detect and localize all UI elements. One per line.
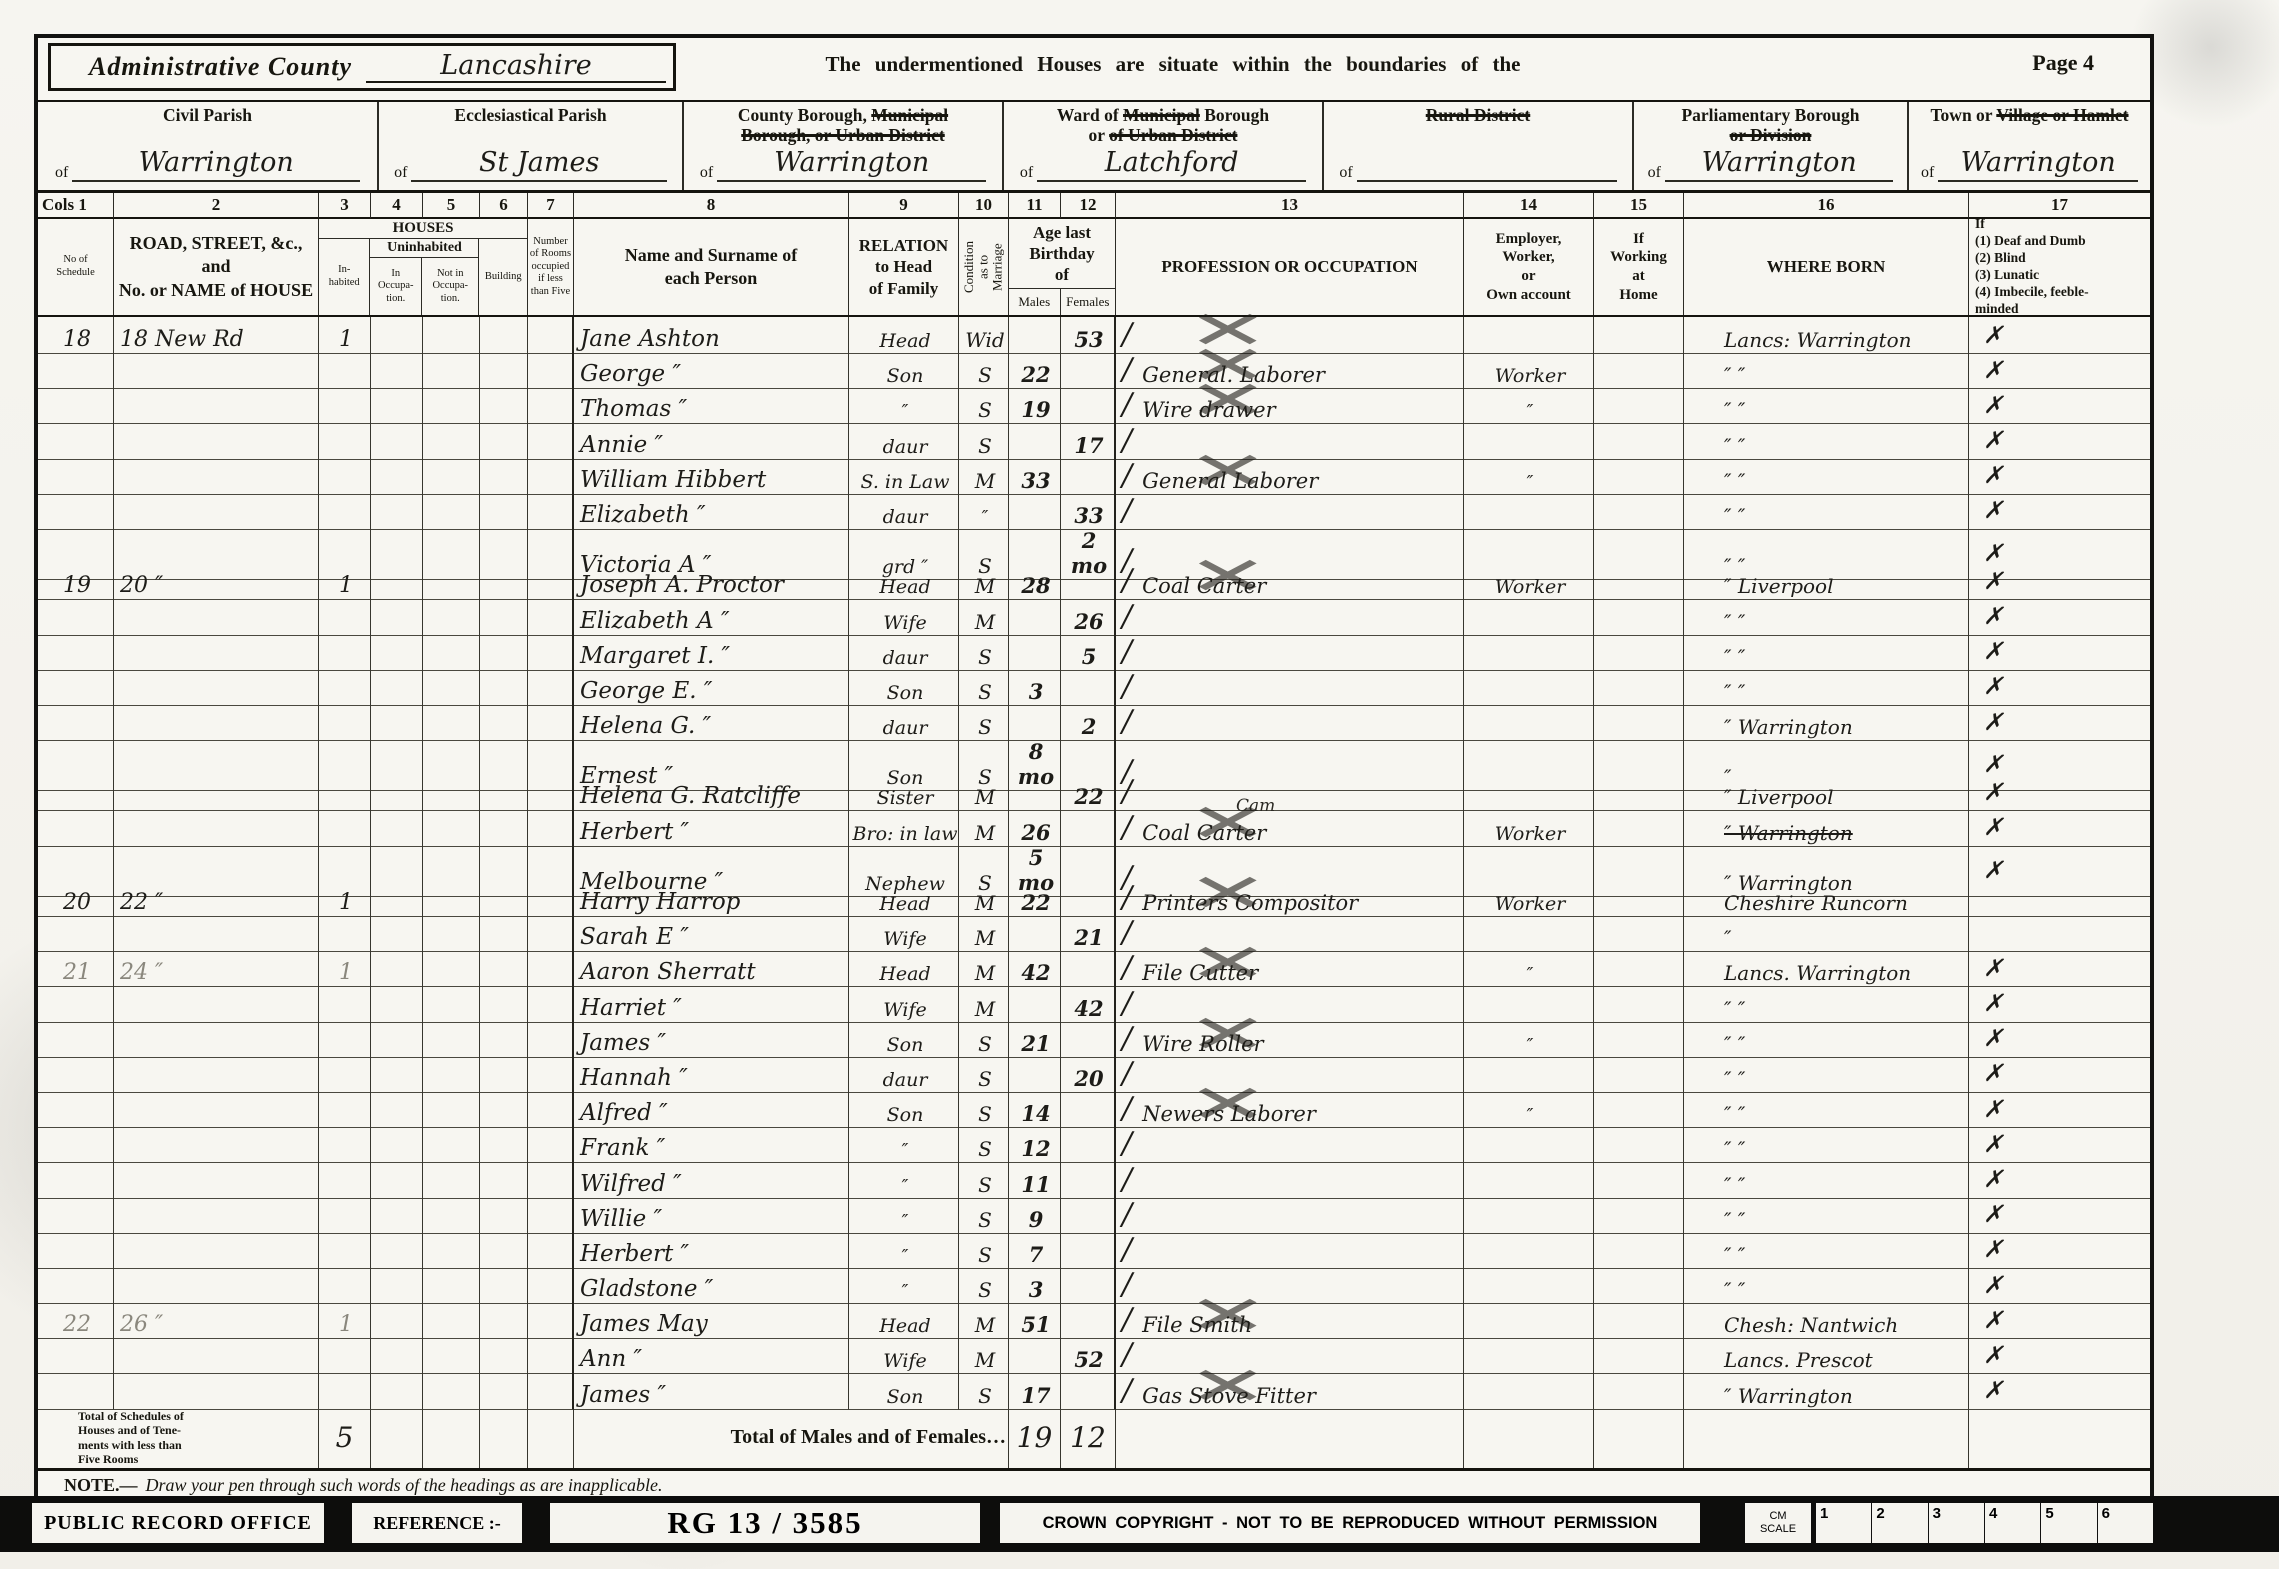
cell-employer: [1464, 669, 1594, 706]
cell-occupation: /File Cutter✕: [1116, 950, 1464, 987]
cell-in-occupation: [371, 915, 423, 952]
cell-occupation: /: [1116, 1337, 1464, 1374]
cell-condition: S: [959, 387, 1009, 424]
column-number: 10: [959, 193, 1009, 219]
cell-road: [114, 493, 319, 530]
cell-road: [114, 669, 319, 706]
cell-building: [480, 1091, 528, 1128]
district-label: Town or Village or Hamlet: [1930, 106, 2128, 146]
occupation-text: Coal Carter: [1142, 574, 1266, 598]
cell-where-born: ″ ″: [1684, 1232, 1969, 1269]
tally-slash-mark: /: [1122, 1302, 1132, 1337]
where-born-text: ″ ″: [1724, 398, 1745, 422]
cell-occupation: /: [1116, 986, 1464, 1023]
cell-relation: Wife: [849, 1337, 959, 1374]
district-label: Civil Parish: [163, 106, 252, 146]
cell-schedule: [38, 1232, 114, 1269]
cell-inhabited: [319, 493, 371, 530]
cell-inhabited: [319, 1373, 371, 1410]
cell-age-female: [1061, 1267, 1116, 1304]
cell-not-in-occupation: [423, 774, 480, 811]
cell-relation: S. in Law: [849, 458, 959, 495]
cell-road: [114, 986, 319, 1023]
cell-condition: M: [959, 810, 1009, 847]
cell-name: William Hibbert: [574, 458, 849, 495]
cell-not-in-occupation: [423, 458, 480, 495]
cell-name: Jane Ashton: [574, 317, 849, 354]
cell-infirmity: [1969, 915, 2150, 952]
cell-occupation: /Coal Carter✕: [1116, 563, 1464, 600]
head-not-in-occupation: Not in Occupa- tion.: [422, 258, 478, 315]
cell-in-occupation: [371, 1021, 423, 1058]
cell-inhabited: [319, 634, 371, 671]
cell-name: Harry Harrop: [574, 880, 849, 917]
cell-occupation: /: [1116, 634, 1464, 671]
cell-building: [480, 986, 528, 1023]
cm-ruler: 123456: [1816, 1503, 2153, 1543]
cell-building: [480, 1126, 528, 1163]
cell-inhabited: [319, 774, 371, 811]
cell-age-male: [1009, 493, 1061, 530]
cell-age-male: [1009, 634, 1061, 671]
cell-infirmity: ✗: [1969, 634, 2150, 671]
cell-where-born: Cheshire Runcorn: [1684, 880, 1969, 917]
cell-where-born: ″ ″: [1684, 387, 1969, 424]
cell-employer: [1464, 1373, 1594, 1410]
table-row: Ann ″WifeM52/Lancs. Prescot✗: [38, 1337, 2150, 1372]
cell-employer: ″: [1464, 950, 1594, 987]
of-word: of: [700, 164, 713, 182]
colnums-row: Cols 1234567891011121314151617: [38, 193, 2150, 219]
district-value-line: Warrington: [717, 148, 986, 182]
cell-age-female: 42: [1061, 986, 1116, 1023]
cell-road: 20 ″: [114, 563, 319, 600]
cell-infirmity: ✗: [1969, 1337, 2150, 1374]
cell-in-occupation: [371, 352, 423, 389]
cell-age-male: 26: [1009, 810, 1061, 847]
district-cell: Town or Village or HamletofWarrington: [1909, 102, 2150, 190]
occupation-text: Gas Stove Fitter: [1142, 1384, 1316, 1408]
table-row: Victoria A ″grd ″S2 mo/″ ″✗: [38, 528, 2150, 563]
cell-age-male: 3: [1009, 669, 1061, 706]
table-row: Herbert ″Bro: in lawM26/CamCoal Carter✕W…: [38, 810, 2150, 845]
cell-infirmity: ✗: [1969, 1056, 2150, 1093]
cell-in-occupation: [371, 634, 423, 671]
totals-empty-cell: [528, 1408, 574, 1468]
cell-age-female: [1061, 1232, 1116, 1269]
cell-building: [480, 669, 528, 706]
cell-schedule: [38, 634, 114, 671]
cell-at-home: [1594, 915, 1684, 952]
cell-age-male: 17: [1009, 1373, 1061, 1410]
cell-employer: [1464, 774, 1594, 811]
cell-not-in-occupation: [423, 634, 480, 671]
cell-age-male: 12: [1009, 1126, 1061, 1163]
cell-rooms: [528, 1021, 574, 1058]
district-cell: County Borough, MunicipalBorough, or Urb…: [684, 102, 1004, 190]
cell-inhabited: 1: [319, 317, 371, 354]
cell-infirmity: ✗: [1969, 986, 2150, 1023]
head-profession: PROFESSION OR OCCUPATION: [1116, 219, 1464, 315]
column-number: 5: [423, 193, 480, 219]
cell-infirmity: ✗: [1969, 1302, 2150, 1339]
cell-building: [480, 810, 528, 847]
cell-inhabited: 1: [319, 880, 371, 917]
tally-slash-mark: /: [1122, 1091, 1132, 1126]
head-at-home: If Working at Home: [1594, 219, 1684, 315]
column-number: 2: [114, 193, 319, 219]
of-word: of: [1020, 164, 1033, 182]
cell-road: [114, 352, 319, 389]
cell-in-occupation: [371, 563, 423, 600]
cell-road: [114, 1126, 319, 1163]
cell-at-home: [1594, 950, 1684, 987]
table-row: Ernest ″SonS8 mo/″✗: [38, 739, 2150, 774]
cell-road: [114, 1232, 319, 1269]
cell-name: Elizabeth ″: [574, 493, 849, 530]
cell-building: [480, 387, 528, 424]
cell-employer: [1464, 1162, 1594, 1199]
cell-building: [480, 1197, 528, 1234]
column-number: 15: [1594, 193, 1684, 219]
occupation-text: Coal Carter: [1142, 821, 1266, 845]
cell-where-born: ″ ″: [1684, 1021, 1969, 1058]
cell-employer: Worker: [1464, 563, 1594, 600]
column-number: 14: [1464, 193, 1594, 219]
tally-slash-mark: /: [1122, 774, 1132, 809]
cell-in-occupation: [371, 458, 423, 495]
cell-name: Frank ″: [574, 1126, 849, 1163]
where-born-text: ″ ″: [1724, 1032, 1745, 1056]
cell-where-born: ″ ″: [1684, 599, 1969, 636]
cell-age-female: [1061, 1197, 1116, 1234]
table-header: No of Schedule ROAD, STREET, &c., and No…: [38, 219, 2150, 317]
cell-name: Joseph A. Proctor: [574, 563, 849, 600]
where-born-text: ″ Warrington: [1724, 821, 1853, 845]
cell-at-home: [1594, 880, 1684, 917]
district-value: St James: [479, 147, 599, 178]
cell-in-occupation: [371, 669, 423, 706]
cell-rooms: [528, 1373, 574, 1410]
cell-infirmity: ✗: [1969, 1126, 2150, 1163]
cell-not-in-occupation: [423, 950, 480, 987]
cell-not-in-occupation: [423, 493, 480, 530]
cell-occupation: /: [1116, 774, 1464, 811]
cell-age-male: [1009, 915, 1061, 952]
cell-occupation: /: [1116, 1056, 1464, 1093]
cell-name: Willie ″: [574, 1197, 849, 1234]
cell-relation: ″: [849, 1197, 959, 1234]
cell-where-born: ″ ″: [1684, 1126, 1969, 1163]
cell-road: [114, 1267, 319, 1304]
cell-infirmity: ✗: [1969, 1162, 2150, 1199]
cell-rooms: [528, 1162, 574, 1199]
cell-rooms: [528, 423, 574, 460]
cell-condition: M: [959, 458, 1009, 495]
head-condition-text: Condition as to Marriage: [962, 241, 1005, 293]
cell-name: Harriet ″: [574, 986, 849, 1023]
cell-relation: Head: [849, 880, 959, 917]
table-row: Alfred ″SonS14/Newers Laborer✕″″ ″✗: [38, 1091, 2150, 1126]
note-text: Draw your pen through such words of the …: [146, 1475, 663, 1496]
cell-condition: S: [959, 1267, 1009, 1304]
cell-age-male: 22: [1009, 880, 1061, 917]
cell-infirmity: ✗: [1969, 387, 2150, 424]
cell-not-in-occupation: [423, 810, 480, 847]
cell-road: [114, 1091, 319, 1128]
cell-relation: Head: [849, 563, 959, 600]
cell-employer: [1464, 1302, 1594, 1339]
cell-schedule: [38, 599, 114, 636]
cell-name: Hannah ″: [574, 1056, 849, 1093]
totals-empty-cell: [1969, 1408, 2150, 1468]
cell-rooms: [528, 387, 574, 424]
cell-rooms: [528, 1126, 574, 1163]
reference-label: REFERENCE :-: [352, 1503, 522, 1543]
cell-age-male: [1009, 423, 1061, 460]
cell-building: [480, 1232, 528, 1269]
cell-occupation: /: [1116, 1267, 1464, 1304]
cell-road: [114, 387, 319, 424]
cell-name: George E. ″: [574, 669, 849, 706]
cell-age-female: 20: [1061, 1056, 1116, 1093]
cell-building: [480, 1373, 528, 1410]
cell-condition: M: [959, 915, 1009, 952]
cell-in-occupation: [371, 1337, 423, 1374]
cell-relation: ″: [849, 387, 959, 424]
table-row: 2124 ″1Aaron SherrattHeadM42/File Cutter…: [38, 950, 2150, 985]
cell-in-occupation: [371, 986, 423, 1023]
cell-road: [114, 1337, 319, 1374]
cell-name: Wilfred ″: [574, 1162, 849, 1199]
cell-infirmity: [1969, 880, 2150, 917]
head-infirmity: If (1) Deaf and Dumb (2) Blind (3) Lunat…: [1969, 219, 2150, 315]
table-row: Thomas ″″S19/Wire drawer✕″″ ″✗: [38, 387, 2150, 422]
cell-where-born: ″ ″: [1684, 1197, 1969, 1234]
cell-age-male: [1009, 774, 1061, 811]
cell-building: [480, 704, 528, 741]
occupation-text: General. Laborer: [1142, 363, 1325, 387]
tally-slash-mark: /: [1122, 563, 1132, 598]
cell-not-in-occupation: [423, 1091, 480, 1128]
tally-slash-mark: /: [1122, 950, 1132, 985]
table-row: Melbourne ″NephewS5 mo/″ Warrington✗: [38, 845, 2150, 880]
where-born-text: ″: [1724, 926, 1731, 950]
cell-relation: ″: [849, 1232, 959, 1269]
cell-age-male: 28: [1009, 563, 1061, 600]
cell-road: [114, 1056, 319, 1093]
cell-employer: Worker: [1464, 880, 1594, 917]
cell-employer: ″: [1464, 458, 1594, 495]
cell-age-female: [1061, 352, 1116, 389]
cell-not-in-occupation: [423, 1267, 480, 1304]
cell-relation: daur: [849, 704, 959, 741]
cell-at-home: [1594, 317, 1684, 354]
cell-not-in-occupation: [423, 986, 480, 1023]
admin-county-row: Administrative County Lancashire The und…: [38, 38, 2150, 102]
cell-condition: M: [959, 880, 1009, 917]
cell-where-born: ″ ″: [1684, 1056, 1969, 1093]
district-cell: Rural Districtof: [1324, 102, 1634, 190]
cell-relation: Wife: [849, 986, 959, 1023]
cell-age-female: [1061, 1091, 1116, 1128]
cell-in-occupation: [371, 810, 423, 847]
cell-condition: S: [959, 1373, 1009, 1410]
cell-occupation: /: [1116, 493, 1464, 530]
cell-occupation: /General Laborer✕: [1116, 458, 1464, 495]
cell-building: [480, 493, 528, 530]
column-number: 6: [480, 193, 528, 219]
cell-condition: M: [959, 563, 1009, 600]
cell-at-home: [1594, 1267, 1684, 1304]
occupation-text: Newers Laborer: [1142, 1102, 1316, 1126]
cell-where-born: ″ ″: [1684, 458, 1969, 495]
cell-infirmity: ✗: [1969, 563, 2150, 600]
cell-schedule: [38, 1021, 114, 1058]
cell-not-in-occupation: [423, 1337, 480, 1374]
cell-condition: M: [959, 774, 1009, 811]
cell-schedule: 19: [38, 563, 114, 600]
cell-at-home: [1594, 634, 1684, 671]
tally-slash-mark: /: [1122, 810, 1132, 845]
cell-occupation: /✕: [1116, 317, 1464, 354]
cell-rooms: [528, 1267, 574, 1304]
where-born-text: ″ ″: [1724, 1102, 1745, 1126]
cell-road: [114, 599, 319, 636]
cell-condition: M: [959, 986, 1009, 1023]
tally-slash-mark: /: [1122, 1021, 1132, 1056]
cell-inhabited: [319, 1197, 371, 1234]
cell-where-born: ″ Warrington: [1684, 810, 1969, 847]
cell-age-female: [1061, 810, 1116, 847]
cell-name: Thomas ″: [574, 387, 849, 424]
cell-building: [480, 1162, 528, 1199]
cell-relation: Wife: [849, 915, 959, 952]
column-number: 9: [849, 193, 959, 219]
tally-slash-mark: /: [1122, 880, 1132, 915]
cell-infirmity: ✗: [1969, 669, 2150, 706]
where-born-text: ″ ″: [1724, 610, 1745, 634]
cell-rooms: [528, 634, 574, 671]
ruler-cell: 6: [2098, 1503, 2153, 1543]
cell-infirmity: ✗: [1969, 774, 2150, 811]
cell-occupation: /Newers Laborer✕: [1116, 1091, 1464, 1128]
cell-in-occupation: [371, 704, 423, 741]
cell-age-male: 9: [1009, 1197, 1061, 1234]
cell-occupation: /: [1116, 1162, 1464, 1199]
cell-schedule: [38, 1197, 114, 1234]
occupation-annotation: Cam: [1236, 796, 1275, 816]
cell-occupation: /: [1116, 423, 1464, 460]
cell-in-occupation: [371, 880, 423, 917]
cell-building: [480, 317, 528, 354]
cell-rooms: [528, 1302, 574, 1339]
cell-in-occupation: [371, 1091, 423, 1128]
cell-relation: ″: [849, 1126, 959, 1163]
cell-at-home: [1594, 423, 1684, 460]
cell-employer: [1464, 704, 1594, 741]
cell-schedule: [38, 352, 114, 389]
cell-age-female: [1061, 1302, 1116, 1339]
cell-not-in-occupation: [423, 599, 480, 636]
cell-infirmity: ✗: [1969, 423, 2150, 460]
cell-age-female: [1061, 1162, 1116, 1199]
cell-not-in-occupation: [423, 563, 480, 600]
cell-at-home: [1594, 1056, 1684, 1093]
where-born-text: ″ Liverpool: [1724, 785, 1833, 809]
cell-age-female: [1061, 458, 1116, 495]
cell-employer: [1464, 317, 1594, 354]
public-record-office-label: PUBLIC RECORD OFFICE: [32, 1503, 324, 1543]
cell-not-in-occupation: [423, 915, 480, 952]
cell-where-born: Lancs. Warrington: [1684, 950, 1969, 987]
cell-schedule: [38, 458, 114, 495]
cell-where-born: ″ ″: [1684, 669, 1969, 706]
cell-schedule: 20: [38, 880, 114, 917]
district-value: Warrington: [139, 147, 294, 178]
cell-age-male: [1009, 986, 1061, 1023]
cell-employer: [1464, 423, 1594, 460]
district-cell: Civil ParishofWarrington: [38, 102, 379, 190]
cell-schedule: [38, 1373, 114, 1410]
district-value: Latchford: [1105, 147, 1239, 178]
cell-building: [480, 1056, 528, 1093]
tally-slash-mark: /: [1122, 387, 1132, 422]
tally-slash-mark: /: [1122, 1373, 1132, 1408]
cell-building: [480, 423, 528, 460]
district-label: County Borough, MunicipalBorough, or Urb…: [738, 106, 948, 146]
head-uninhabited-group: Uninhabited In Occupa- tion. Not in Occu…: [370, 239, 479, 315]
cell-schedule: [38, 1337, 114, 1374]
where-born-text: ″ Warrington: [1724, 715, 1853, 739]
cell-name: Helena G. ″: [574, 704, 849, 741]
cell-name: James ″: [574, 1373, 849, 1410]
head-rooms: Number of Rooms occupied if less than Fi…: [528, 219, 574, 315]
cell-relation: daur: [849, 1056, 959, 1093]
table-body: 1818 New Rd1Jane AshtonHeadWid53/✕Lancs:…: [38, 317, 2150, 1408]
cell-not-in-occupation: [423, 1162, 480, 1199]
cell-condition: S: [959, 1126, 1009, 1163]
cell-rooms: [528, 1056, 574, 1093]
cell-at-home: [1594, 1302, 1684, 1339]
cell-rooms: [528, 493, 574, 530]
totals-schedules-label-cell: Total of Schedules of Houses and of Tene…: [38, 1408, 319, 1468]
cell-occupation: /File Smith✕: [1116, 1302, 1464, 1339]
cell-at-home: [1594, 1021, 1684, 1058]
where-born-text: Lancs. Prescot: [1724, 1348, 1873, 1372]
cell-condition: S: [959, 634, 1009, 671]
cell-employer: [1464, 493, 1594, 530]
cell-occupation: /General. Laborer✕: [1116, 352, 1464, 389]
cell-infirmity: ✗: [1969, 493, 2150, 530]
head-building: Building: [479, 239, 527, 315]
cell-employer: [1464, 1056, 1594, 1093]
cell-rooms: [528, 915, 574, 952]
cell-inhabited: [319, 1021, 371, 1058]
cell-age-male: 21: [1009, 1021, 1061, 1058]
cell-age-male: [1009, 599, 1061, 636]
tally-slash-mark: /: [1122, 669, 1132, 704]
cell-infirmity: ✗: [1969, 1373, 2150, 1410]
cell-road: [114, 423, 319, 460]
cell-condition: S: [959, 1021, 1009, 1058]
cell-relation: Son: [849, 669, 959, 706]
cell-inhabited: [319, 1091, 371, 1128]
cell-employer: [1464, 599, 1594, 636]
cell-rooms: [528, 352, 574, 389]
cell-age-female: 26: [1061, 599, 1116, 636]
cell-age-female: 5: [1061, 634, 1116, 671]
